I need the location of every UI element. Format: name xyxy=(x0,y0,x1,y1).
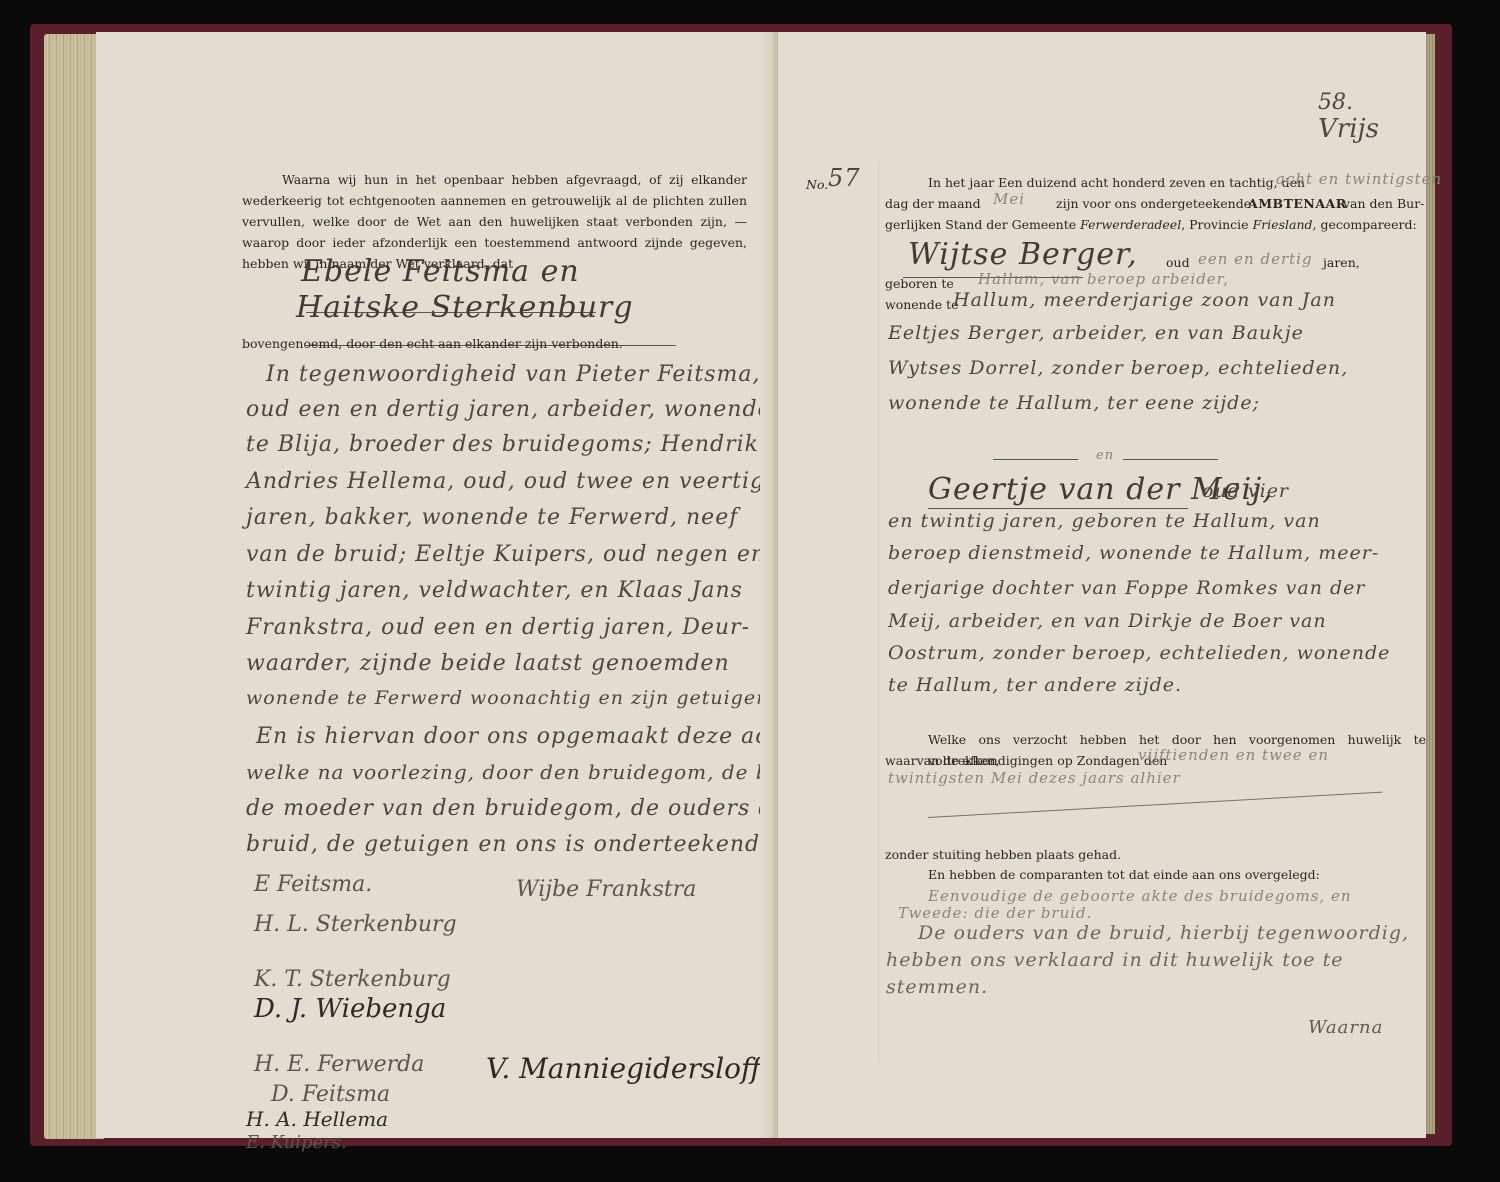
groom-residence: Hallum, meerderjarige zoon van Jan xyxy=(953,289,1336,311)
opening-day: acht en twintigsten xyxy=(1276,170,1442,188)
folio-number: 58. xyxy=(1318,90,1353,115)
signature-witness: Wijbe Frankstra xyxy=(516,877,696,902)
witness-line: En is hiervan door ons opgemaakt deze ac… xyxy=(256,724,800,749)
proclamation-dates-2: twintigsten Mei dezes jaars alhier xyxy=(888,769,1181,787)
signature-bride: H. L. Sterkenburg xyxy=(254,912,457,937)
witness-line: oud een en dertig jaren, arbeider, wonen… xyxy=(246,397,772,422)
overgelegd-text: En hebben de comparanten tot dat einde a… xyxy=(928,864,1320,885)
documents-line: Tweede: die der bruid. xyxy=(898,904,1092,922)
witness-line: te Blija, broeder des bruidegoms; Hendri… xyxy=(246,432,759,457)
witness-line: Frankstra, oud een en dertig jaren, Deur… xyxy=(246,615,750,640)
left-page-edges xyxy=(44,34,104,1139)
opening-line-2c: van den Bur- xyxy=(1343,193,1424,214)
bride-line: Meij, arbeider, en van Dirkje de Boer va… xyxy=(888,610,1327,632)
signature: D. Feitsma xyxy=(271,1082,390,1107)
bride-name-tail: oud vier xyxy=(1202,480,1289,502)
witness-line: jaren, bakker, wonende te Ferwerd, neef xyxy=(246,505,738,530)
couple-line-1: Ebele Feitsma en xyxy=(301,254,580,289)
wonende-label: wonende te xyxy=(885,294,959,315)
margin-rule xyxy=(878,162,879,1062)
rule xyxy=(928,508,1188,509)
groom-line: Wytses Dorrel, zonder beroep, echteliede… xyxy=(888,357,1348,379)
opening-line-2a: dag der maand xyxy=(885,193,981,214)
gecompareerd-text: , gecompareerd: xyxy=(1313,217,1417,232)
welke-line-2: waarvan de afkondigingen op Zondagen den xyxy=(885,750,1167,771)
bride-line: beroep dienstmeid, wonende te Hallum, me… xyxy=(888,542,1379,564)
couple-line-2: Haitske Sterkenburg xyxy=(296,290,634,325)
signature: H. A. Hellema xyxy=(246,1107,388,1131)
bride-line: en twintig jaren, geboren te Hallum, van xyxy=(888,510,1321,532)
provincie-label: , Provincie xyxy=(1181,217,1248,232)
groom-line: Eeltjes Berger, arbeider, en van Baukje xyxy=(888,322,1304,344)
act-number-label: No. xyxy=(806,174,828,195)
documents-line: stemmen. xyxy=(886,976,988,998)
witness-line: In tegenwoordigheid van Pieter Feitsma, xyxy=(266,362,760,387)
witness-line: de moeder van den bruidegom, de ouders d… xyxy=(246,796,799,821)
witness-line: bruid, de getuigen en ons is onderteeken… xyxy=(246,832,768,857)
rule xyxy=(993,459,1078,460)
signature-groom: E Feitsma. xyxy=(254,872,372,897)
left-page: Waarna wij hun in het openbaar hebben af… xyxy=(96,32,777,1138)
bride-line: derjarige dochter van Foppe Romkes van d… xyxy=(888,577,1365,599)
witness-line: waarder, zijnde beide laatst genoemden xyxy=(246,651,730,676)
signature: D. J. Wiebenga xyxy=(254,994,446,1024)
act-number: 57 xyxy=(828,164,861,192)
rule xyxy=(1123,459,1218,460)
en-divider: en xyxy=(1096,448,1114,463)
gemeente: Ferwerderadeel xyxy=(1080,217,1181,232)
opening-month: Mei xyxy=(993,190,1025,208)
opening-line-3: gerlijken Stand der Gemeente Ferwerderad… xyxy=(885,214,1417,235)
signature: E. Kuipers. xyxy=(246,1132,347,1153)
geboren-label: geboren te xyxy=(885,273,954,294)
jaren-label: jaren, xyxy=(1323,252,1360,273)
stand-text: gerlijken Stand der Gemeente xyxy=(885,217,1076,232)
opening-line-1: In het jaar Een duizend acht honderd zev… xyxy=(928,172,1305,193)
documents-line: hebben ons verklaard in dit huwelijk toe… xyxy=(886,949,1343,971)
zonder-stuiting: zonder stuiting hebben plaats gehad. xyxy=(885,844,1121,865)
right-page-edges xyxy=(1425,34,1435,1134)
documents-line: Eenvoudige de geboorte akte des bruidego… xyxy=(928,887,1352,905)
signature: H. E. Ferwerda xyxy=(254,1052,424,1077)
signature: K. T. Sterkenburg xyxy=(254,967,451,992)
bovengenoemd-text: bovengenoemd, door den echt aan elkander… xyxy=(242,333,747,354)
witness-line: Andries Hellema, oud, oud twee en veerti… xyxy=(246,469,765,494)
catchword: Waarna xyxy=(1308,1017,1383,1038)
witness-line: welke na voorlezing, door den bruidegom,… xyxy=(246,760,823,784)
documents-line: De ouders van de bruid, hierbij tegenwoo… xyxy=(918,922,1409,944)
right-page: 58. Vrijs No. 57 In het jaar Een duizend… xyxy=(777,32,1426,1138)
signature-registrar: V. Manniegidersloff xyxy=(486,1052,761,1085)
proclamation-dates-1: vijftienden en twee en xyxy=(1138,746,1329,764)
folio-mark: Vrijs xyxy=(1318,114,1379,144)
bride-line: Oostrum, zonder beroep, echtelieden, won… xyxy=(888,642,1390,664)
groom-birth: Hallum, van beroep arbeider, xyxy=(978,270,1229,288)
bride-line: te Hallum, ter andere zijde. xyxy=(888,674,1182,696)
cancel-stroke xyxy=(928,792,1382,818)
groom-line: wonende te Hallum, ter eene zijde; xyxy=(888,392,1260,414)
provincie: Friesland xyxy=(1253,217,1313,232)
opening-line-2b: zijn voor ons ondergeteekende xyxy=(1056,193,1251,214)
ambtenaar-label: AMBTENAAR xyxy=(1248,193,1347,214)
witness-line: twintig jaren, veldwachter, en Klaas Jan… xyxy=(246,578,743,603)
groom-name: Wijtse Berger, xyxy=(908,237,1138,272)
witness-line: van de bruid; Eeltje Kuipers, oud negen … xyxy=(246,542,766,567)
groom-age: een en dertig xyxy=(1198,250,1313,268)
